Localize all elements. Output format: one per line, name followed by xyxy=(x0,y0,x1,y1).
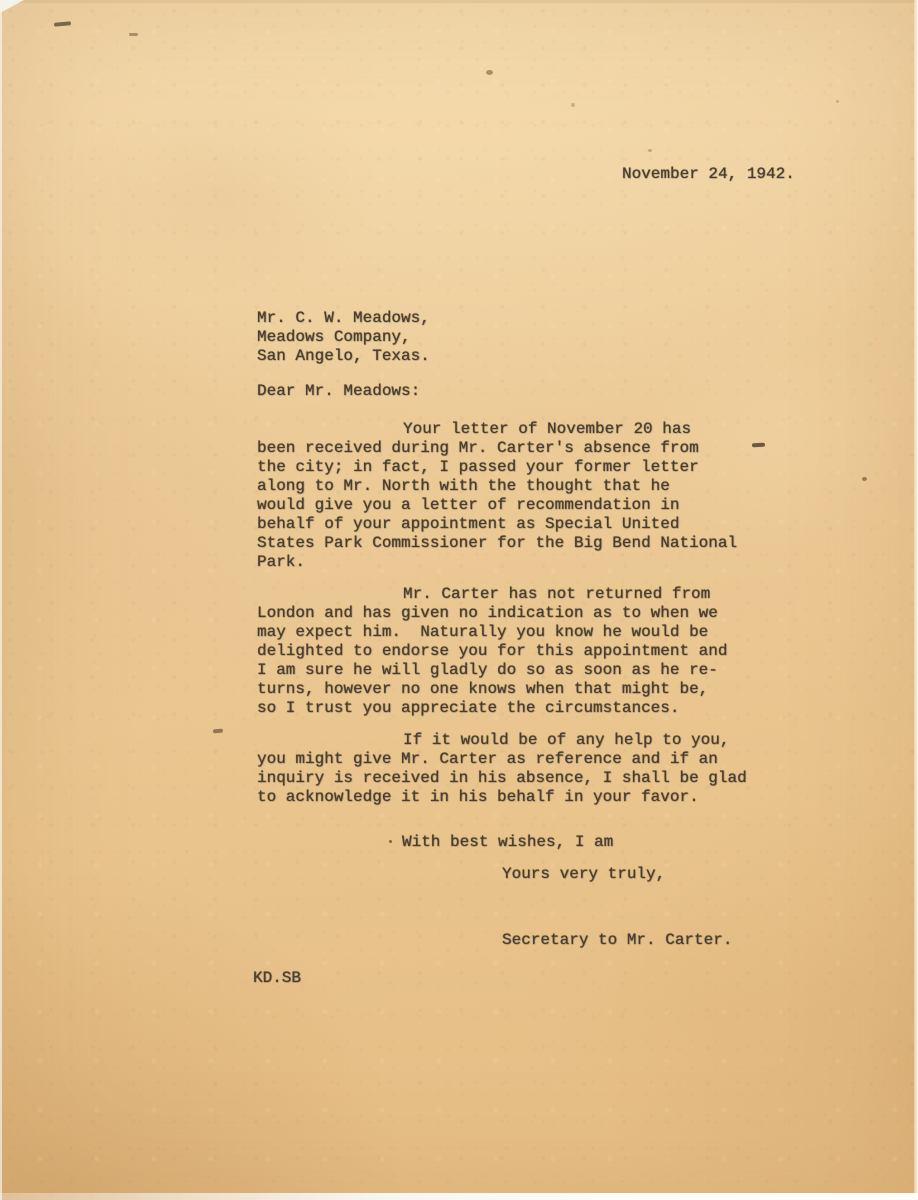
closing-line: With best wishes, I am xyxy=(402,833,613,852)
letter-paragraph-1: Your letter of November 20 has been rece… xyxy=(257,420,757,572)
scan-edge-top xyxy=(0,0,918,3)
signature-line: Secretary to Mr. Carter. xyxy=(502,931,732,950)
letter-date: November 24, 1942. xyxy=(622,165,795,184)
scan-edge-bottom xyxy=(0,1193,918,1200)
paper-speck xyxy=(862,477,867,481)
paper-speck xyxy=(54,21,71,26)
valediction: Yours very truly, xyxy=(502,865,665,884)
letter-paragraph-3: If it would be of any help to you, you m… xyxy=(257,731,757,807)
paper-speck xyxy=(648,149,652,152)
paper-speck xyxy=(389,840,392,843)
paper-stain xyxy=(60,90,380,300)
typist-initials: KD.SB xyxy=(253,969,301,988)
paper-speck xyxy=(129,33,138,36)
scan-edge-left xyxy=(0,0,2,1200)
paper-stain xyxy=(520,880,880,1140)
scanned-letter-page: November 24, 1942. Mr. C. W. Meadows, Me… xyxy=(0,0,918,1200)
paper-speck xyxy=(836,100,839,103)
scan-edge-right xyxy=(914,0,918,1200)
recipient-address: Mr. C. W. Meadows, Meadows Company, San … xyxy=(257,309,430,366)
paper-speck xyxy=(571,103,575,107)
paper-speck xyxy=(213,729,223,734)
salutation: Dear Mr. Meadows: xyxy=(257,382,420,401)
letter-paragraph-2: Mr. Carter has not returned from London … xyxy=(257,585,757,718)
paper-speck xyxy=(486,70,493,75)
scan-edge-top-left-corner xyxy=(0,0,24,13)
